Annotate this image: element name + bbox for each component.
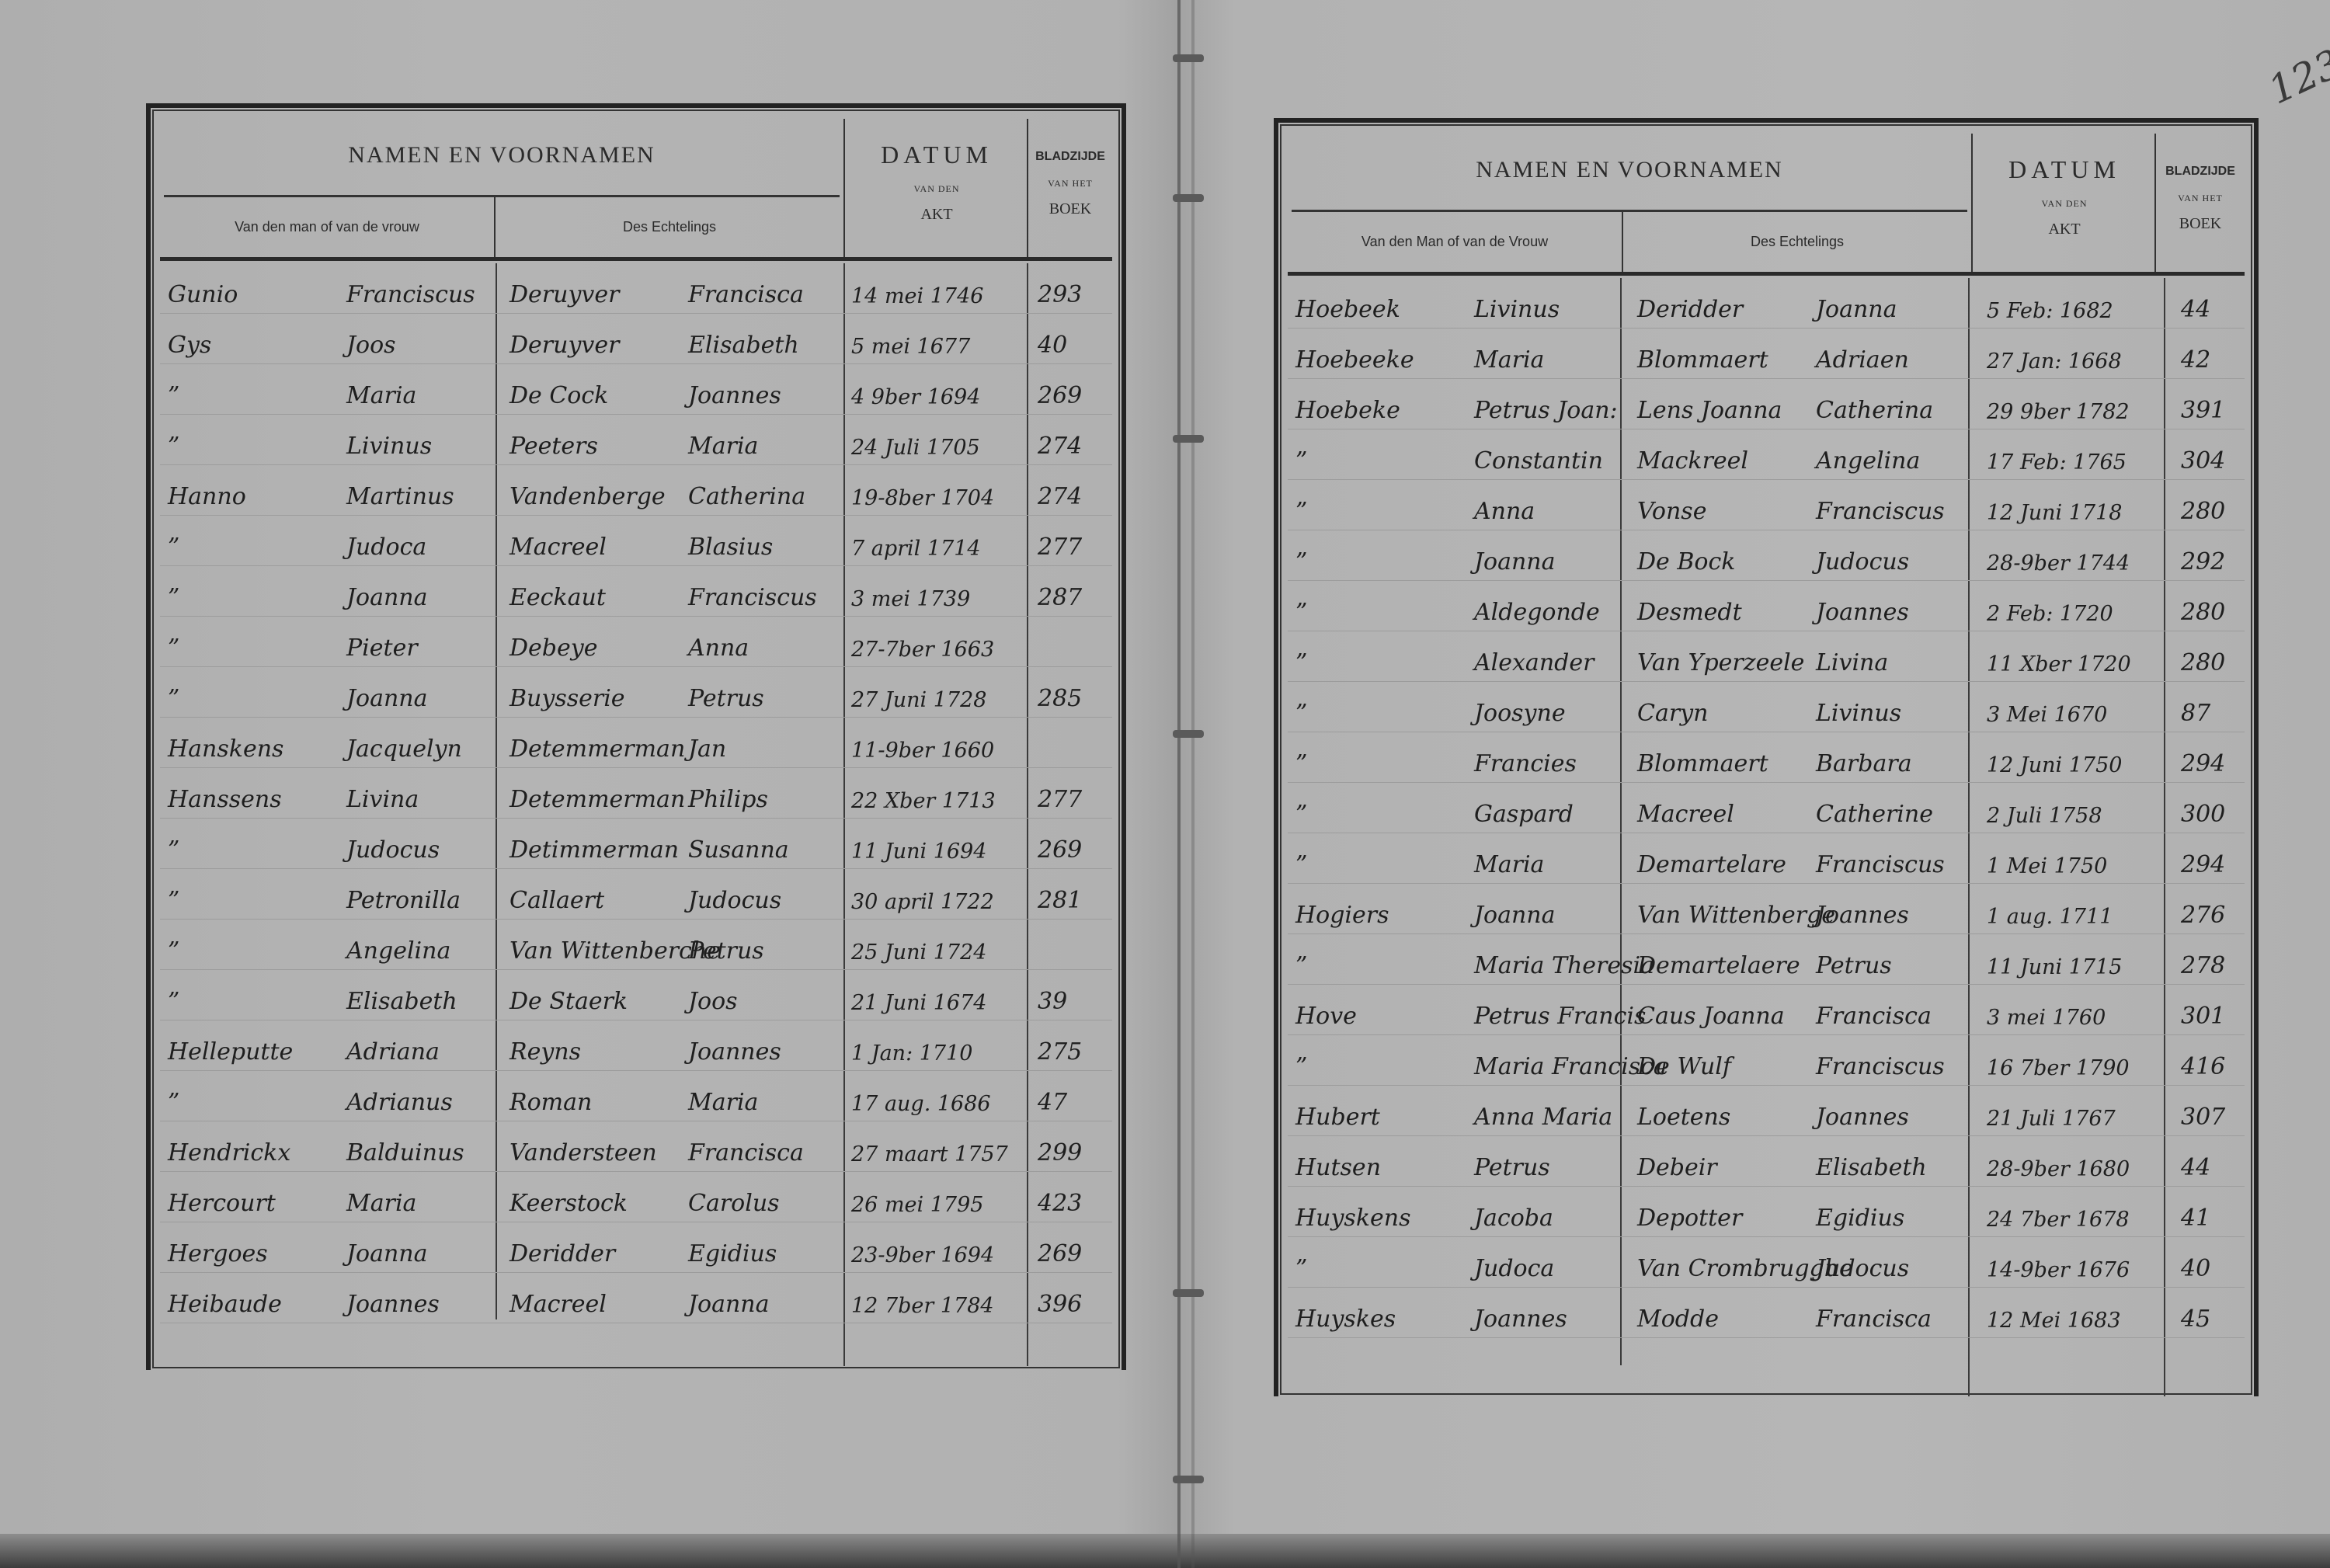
- date-cell: 11-9ber 1660: [851, 739, 994, 763]
- date-cell: 12 Juni 1750: [1987, 753, 2122, 777]
- spouse-surname-cell: Vandersteen: [509, 1139, 657, 1166]
- spouse-surname-cell: Detemmerman: [509, 735, 685, 763]
- surname-cell: ”: [168, 685, 179, 712]
- spouse-surname-cell: Deridder: [509, 1240, 615, 1267]
- given-name-cell: Alexander: [1474, 649, 1594, 676]
- page-cell: 301: [2181, 1003, 2225, 1030]
- given-name-cell: Elisabeth: [346, 988, 457, 1015]
- spouse-given-cell: Elisabeth: [1816, 1154, 1927, 1181]
- page-cell: 44: [2181, 1154, 2210, 1181]
- date-cell: 5 Feb: 1682: [1987, 299, 2113, 323]
- page-cell: 39: [1038, 988, 1067, 1015]
- spouse-given-cell: Carolus: [688, 1190, 780, 1217]
- date-cell: 21 Juni 1674: [851, 991, 986, 1015]
- surname-cell: Hubert: [1295, 1104, 1380, 1131]
- spouse-surname-cell: Peeters: [509, 433, 598, 460]
- table-row: HanssensLivinaDetemmermanPhilips22 Xber …: [160, 768, 1112, 819]
- page-cell: 269: [1038, 382, 1082, 409]
- page-cell: 299: [1038, 1139, 1082, 1166]
- page-cell: 40: [1038, 332, 1067, 359]
- spouse-given-cell: Franciscus: [1816, 851, 1945, 878]
- given-name-cell: Livinus: [346, 433, 432, 460]
- spouse-surname-cell: Macreel: [1637, 801, 1734, 828]
- spouse-given-cell: Adriaen: [1816, 346, 1909, 374]
- spouse-surname-cell: Demartelare: [1637, 851, 1786, 878]
- page-cell: 45: [2181, 1306, 2210, 1333]
- page-cell: 41: [2181, 1205, 2210, 1232]
- date-cell: 5 mei 1677: [851, 335, 970, 359]
- spouse-given-cell: Joannes: [688, 382, 781, 409]
- surname-cell: Huyskens: [1295, 1205, 1410, 1232]
- page-cell: 276: [2181, 902, 2225, 929]
- table-row: HergoesJoannaDeridderEgidius23-9ber 1694…: [160, 1222, 1112, 1273]
- surname-cell: ”: [1295, 801, 1307, 828]
- right-register-page: NAMEN EN VOORNAMEN Van den Man of van de…: [1274, 118, 2259, 1396]
- spouse-given-cell: Susanna: [688, 836, 789, 864]
- date-cell: 26 mei 1795: [851, 1193, 983, 1217]
- spouse-given-cell: Catherina: [688, 483, 805, 510]
- given-name-cell: Maria: [346, 382, 416, 409]
- table-row: HoebeekeMariaBlommaertAdriaen27 Jan: 166…: [1288, 329, 2245, 379]
- column-header-page: BLADZIJDE VAN HET BOEK: [1027, 119, 1112, 257]
- column-header-spouse1: Van den Man of van de Vrouw: [1288, 211, 1623, 272]
- table-row: ”JudocaMacreelBlasius7 april 1714277: [160, 516, 1112, 566]
- surname-cell: ”: [1295, 1053, 1307, 1080]
- surname-cell: ”: [168, 584, 179, 611]
- right-entries: HoebeekLivinusDeridderJoanna5 Feb: 16824…: [1288, 278, 2245, 1338]
- surname-cell: Hove: [1295, 1003, 1357, 1030]
- spouse-surname-cell: Reyns: [509, 1038, 581, 1066]
- names-title: NAMEN EN VOORNAMEN: [1288, 157, 1971, 183]
- surname-cell: Hoebeke: [1295, 397, 1400, 424]
- table-header: NAMEN EN VOORNAMEN Van den man of van de…: [160, 119, 1112, 261]
- page-cell: 294: [2181, 750, 2225, 777]
- surname-cell: ”: [168, 382, 179, 409]
- given-name-cell: Martinus: [346, 483, 454, 510]
- given-name-cell: Gaspard: [1474, 801, 1574, 828]
- column-header-spouse2: Des Echtelings: [496, 196, 843, 257]
- book-bottom-edge: [0, 1534, 2330, 1568]
- table-row: HanskensJacquelynDetemmermanJan11-9ber 1…: [160, 718, 1112, 768]
- spouse-surname-cell: Keerstock: [509, 1190, 628, 1217]
- date-cell: 12 7ber 1784: [851, 1294, 994, 1318]
- table-row: HutsenPetrusDebeirElisabeth28-9ber 16804…: [1288, 1136, 2245, 1187]
- table-row: ”AnnaVonseFranciscus12 Juni 1718280: [1288, 480, 2245, 530]
- spouse-surname-cell: De Cock: [509, 382, 608, 409]
- spouse-given-cell: Livina: [1816, 649, 1888, 676]
- left-entries: GunioFranciscusDeruyverFrancisca14 mei 1…: [160, 263, 1112, 1323]
- surname-cell: Hercourt: [168, 1190, 276, 1217]
- spouse-given-cell: Angelina: [1816, 447, 1920, 475]
- surname-cell: Hoebeeke: [1295, 346, 1414, 374]
- spouse-given-cell: Francisca: [688, 1139, 804, 1166]
- table-row: HannoMartinusVandenbergeCatherina19-8ber…: [160, 465, 1112, 516]
- table-row: ”ElisabethDe StaerkJoos21 Juni 167439: [160, 970, 1112, 1020]
- page-cell: 304: [2181, 447, 2225, 475]
- spouse-surname-cell: Detemmerman: [509, 786, 685, 813]
- table-row: HuyskensJacobaDepotterEgidius24 7ber 167…: [1288, 1187, 2245, 1237]
- date-cell: 27 maart 1757: [851, 1142, 1008, 1166]
- given-name-cell: Joanna: [1474, 902, 1556, 929]
- spouse-given-cell: Blasius: [688, 534, 773, 561]
- surname-cell: ”: [1295, 700, 1307, 727]
- spouse-given-cell: Anna: [688, 635, 749, 662]
- spouse-given-cell: Livinus: [1816, 700, 1901, 727]
- given-name-cell: Franciscus: [346, 281, 475, 308]
- spouse-given-cell: Maria: [688, 1089, 758, 1116]
- spouse-surname-cell: De Wulf: [1637, 1053, 1731, 1080]
- spouse-surname-cell: Caus Joanna: [1637, 1003, 1785, 1030]
- surname-cell: Heibaude: [168, 1291, 282, 1318]
- given-name-cell: Aldegonde: [1474, 599, 1600, 626]
- page-cell: 300: [2181, 801, 2225, 828]
- spouse-surname-cell: Deruyver: [509, 281, 619, 308]
- spouse-given-cell: Elisabeth: [688, 332, 799, 359]
- given-name-cell: Balduinus: [346, 1139, 464, 1166]
- spouse-given-cell: Maria: [688, 433, 758, 460]
- surname-cell: Hergoes: [168, 1240, 268, 1267]
- given-name-cell: Petrus: [1474, 1154, 1550, 1181]
- given-name-cell: Maria Theresia: [1474, 952, 1654, 979]
- spouse-surname-cell: Demartelaere: [1637, 952, 1800, 979]
- surname-cell: ”: [1295, 649, 1307, 676]
- surname-cell: Gys: [168, 332, 211, 359]
- spouse-given-cell: Joannes: [1816, 902, 1909, 929]
- given-name-cell: Adrianus: [346, 1089, 453, 1116]
- date-cell: 11 Xber 1720: [1987, 652, 2131, 676]
- page-cell: 269: [1038, 1240, 1082, 1267]
- surname-cell: Hogiers: [1295, 902, 1389, 929]
- given-name-cell: Jacoba: [1474, 1205, 1553, 1232]
- date-cell: 4 9ber 1694: [851, 385, 980, 409]
- table-row: ”AlexanderVan YperzeeleLivina11 Xber 172…: [1288, 631, 2245, 682]
- given-name-cell: Joanna: [346, 1240, 428, 1267]
- table-row: GunioFranciscusDeruyverFrancisca14 mei 1…: [160, 263, 1112, 314]
- page-cell: 280: [2181, 599, 2225, 626]
- spouse-surname-cell: Vandenberge: [509, 483, 666, 510]
- table-row: HeibaudeJoannesMacreelJoanna12 7ber 1784…: [160, 1273, 1112, 1323]
- column-header-date: DATUM VAN DEN AKT: [1971, 134, 2156, 272]
- date-cell: 1 Jan: 1710: [851, 1041, 972, 1066]
- spouse-given-cell: Catherina: [1816, 397, 1933, 424]
- column-header-spouse2: Des Echtelings: [1623, 211, 1971, 272]
- page-cell: 280: [2181, 649, 2225, 676]
- spouse-surname-cell: Eeckaut: [509, 584, 606, 611]
- table-row: ”JoannaDe BockJudocus28-9ber 1744292: [1288, 530, 2245, 581]
- spouse-given-cell: Barbara: [1816, 750, 1912, 777]
- surname-cell: ”: [1295, 952, 1307, 979]
- surname-cell: Hendrickx: [168, 1139, 290, 1166]
- spouse-surname-cell: De Staerk: [509, 988, 628, 1015]
- spouse-surname-cell: Depotter: [1637, 1205, 1742, 1232]
- spouse-surname-cell: Roman: [509, 1089, 592, 1116]
- given-name-cell: Petrus Francis: [1474, 1003, 1646, 1030]
- date-cell: 27 Jan: 1668: [1987, 349, 2122, 374]
- book-spine: [1173, 0, 1204, 1568]
- date-cell: 7 april 1714: [851, 537, 981, 561]
- date-cell: 2 Juli 1758: [1987, 804, 2102, 828]
- table-row: ”JoannaEeckautFranciscus3 mei 1739287: [160, 566, 1112, 617]
- table-row: ”JudocaVan CrombruggheJudocus14-9ber 167…: [1288, 1237, 2245, 1288]
- given-name-cell: Anna: [1474, 498, 1535, 525]
- date-cell: 14-9ber 1676: [1987, 1258, 2130, 1282]
- spouse-given-cell: Petrus: [1816, 952, 1892, 979]
- given-name-cell: Joannes: [1474, 1306, 1567, 1333]
- given-name-cell: Maria: [1474, 346, 1544, 374]
- spouse-given-cell: Joanna: [1816, 296, 1897, 323]
- page-cell: 307: [2181, 1104, 2225, 1131]
- date-cell: 11 Juni 1694: [851, 840, 986, 864]
- table-row: ”GaspardMacreelCatherine2 Juli 1758300: [1288, 783, 2245, 833]
- table-row: ”AdrianusRomanMaria17 aug. 168647: [160, 1071, 1112, 1121]
- table-row: HercourtMariaKeerstockCarolus26 mei 1795…: [160, 1172, 1112, 1222]
- table-row: ”JoannaBuysseriePetrus27 Juni 1728285: [160, 667, 1112, 718]
- given-name-cell: Joos: [346, 332, 396, 359]
- spouse-given-cell: Joannes: [1816, 599, 1909, 626]
- date-cell: 3 Mei 1670: [1987, 703, 2107, 727]
- date-cell: 12 Juni 1718: [1987, 501, 2122, 525]
- date-cell: 19-8ber 1704: [851, 486, 994, 510]
- spouse-surname-cell: Modde: [1637, 1306, 1719, 1333]
- date-cell: 25 Juni 1724: [851, 940, 986, 965]
- table-row: HelleputteAdrianaReynsJoannes1 Jan: 1710…: [160, 1020, 1112, 1071]
- spouse-given-cell: Joos: [688, 988, 738, 1015]
- spouse-surname-cell: Blommaert: [1637, 346, 1768, 374]
- column-header-spouse1: Van den man of van de vrouw: [160, 196, 496, 257]
- table-row: ”AngelinaVan WittenberchePetrus25 Juni 1…: [160, 920, 1112, 970]
- given-name-cell: Maria: [1474, 851, 1544, 878]
- given-name-cell: Angelina: [346, 937, 450, 965]
- given-name-cell: Pieter: [346, 635, 418, 662]
- surname-cell: Hanskens: [168, 735, 283, 763]
- surname-cell: ”: [168, 534, 179, 561]
- date-cell: 17 Feb: 1765: [1987, 450, 2127, 475]
- given-name-cell: Petronilla: [346, 887, 461, 914]
- spouse-surname-cell: Detimmerman: [509, 836, 679, 864]
- spouse-surname-cell: Debeye: [509, 635, 597, 662]
- spouse-surname-cell: Loetens: [1637, 1104, 1730, 1131]
- given-name-cell: Jacquelyn: [346, 735, 462, 763]
- date-cell: 28-9ber 1744: [1987, 551, 2130, 575]
- surname-cell: Gunio: [168, 281, 238, 308]
- table-row: HubertAnna MariaLoetensJoannes21 Juli 17…: [1288, 1086, 2245, 1136]
- page-cell: 275: [1038, 1038, 1082, 1066]
- page-cell: 47: [1038, 1089, 1067, 1116]
- date-cell: 14 mei 1746: [851, 284, 983, 308]
- spouse-given-cell: Jan: [688, 735, 726, 763]
- surname-cell: Hutsen: [1295, 1154, 1381, 1181]
- spouse-given-cell: Egidius: [1816, 1205, 1904, 1232]
- spouse-given-cell: Joanna: [688, 1291, 770, 1318]
- spouse-given-cell: Francisca: [1816, 1003, 1932, 1030]
- table-row: ”JudocusDetimmermanSusanna11 Juni 169426…: [160, 819, 1112, 869]
- table-row: ”PieterDebeyeAnna27-7ber 1663: [160, 617, 1112, 667]
- page-cell: 396: [1038, 1291, 1082, 1318]
- date-cell: 16 7ber 1790: [1987, 1056, 2130, 1080]
- page-cell: 274: [1038, 433, 1082, 460]
- spouse-surname-cell: Caryn: [1637, 700, 1708, 727]
- surname-cell: ”: [1295, 447, 1307, 475]
- surname-cell: Helleputte: [168, 1038, 293, 1066]
- left-register-page: NAMEN EN VOORNAMEN Van den man of van de…: [146, 103, 1126, 1370]
- spouse-given-cell: Joannes: [1816, 1104, 1909, 1131]
- table-row: ”LivinusPeetersMaria24 Juli 1705274: [160, 415, 1112, 465]
- given-name-cell: Joosyne: [1474, 700, 1566, 727]
- table-header: NAMEN EN VOORNAMEN Van den Man of van de…: [1288, 134, 2245, 276]
- date-cell: 1 Mei 1750: [1987, 854, 2107, 878]
- date-cell: 3 mei 1739: [851, 587, 970, 611]
- page-cell: 292: [2181, 548, 2225, 575]
- spouse-surname-cell: Deridder: [1637, 296, 1743, 323]
- surname-cell: Hoebeek: [1295, 296, 1400, 323]
- given-name-cell: Joanna: [1474, 548, 1556, 575]
- spouse-surname-cell: Desmedt: [1637, 599, 1742, 626]
- spouse-surname-cell: Macreel: [509, 534, 607, 561]
- page-cell: 277: [1038, 534, 1082, 561]
- page-cell: 391: [2181, 397, 2225, 424]
- spouse-given-cell: Franciscus: [1816, 498, 1945, 525]
- surname-cell: ”: [168, 887, 179, 914]
- page-cell: 269: [1038, 836, 1082, 864]
- date-cell: 1 aug. 1711: [1987, 905, 2113, 929]
- spouse-given-cell: Judocus: [1816, 1255, 1909, 1282]
- spouse-surname-cell: Blommaert: [1637, 750, 1768, 777]
- given-name-cell: Maria: [346, 1190, 416, 1217]
- surname-cell: ”: [1295, 1255, 1307, 1282]
- page-cell: 416: [2181, 1053, 2225, 1080]
- date-cell: 17 aug. 1686: [851, 1092, 991, 1116]
- surname-cell: ”: [1295, 599, 1307, 626]
- page-cell: 423: [1038, 1190, 1082, 1217]
- date-cell: 22 Xber 1713: [851, 789, 996, 813]
- given-name-cell: Judoca: [346, 534, 426, 561]
- given-name-cell: Anna Maria: [1474, 1104, 1612, 1131]
- spouse-given-cell: Petrus: [688, 937, 764, 965]
- given-name-cell: Joannes: [346, 1291, 440, 1318]
- table-row: HovePetrus FrancisCaus JoannaFrancisca3 …: [1288, 985, 2245, 1035]
- date-cell: 11 Juni 1715: [1987, 955, 2122, 979]
- date-cell: 3 mei 1760: [1987, 1006, 2106, 1030]
- date-cell: 30 april 1722: [851, 890, 994, 914]
- page-cell: 285: [1038, 685, 1082, 712]
- spouse-given-cell: Catherine: [1816, 801, 1933, 828]
- surname-cell: ”: [1295, 548, 1307, 575]
- surname-cell: ”: [168, 1089, 179, 1116]
- spouse-surname-cell: Lens Joanna: [1637, 397, 1782, 424]
- spouse-given-cell: Franciscus: [688, 584, 817, 611]
- surname-cell: Hanno: [168, 483, 246, 510]
- table-row: ”ConstantinMackreelAngelina17 Feb: 17653…: [1288, 429, 2245, 480]
- date-cell: 21 Juli 1767: [1987, 1107, 2116, 1131]
- given-name-cell: Judocus: [346, 836, 440, 864]
- table-row: ”MariaDe CockJoannes4 9ber 1694269: [160, 364, 1112, 415]
- surname-cell: Huyskes: [1295, 1306, 1396, 1333]
- table-row: ”Maria FranciscaDe WulfFranciscus16 7ber…: [1288, 1035, 2245, 1086]
- spouse-surname-cell: De Bock: [1637, 548, 1735, 575]
- given-name-cell: Joanna: [346, 685, 428, 712]
- page-cell: 40: [2181, 1255, 2210, 1282]
- column-header-page: BLADZIJDE VAN HET BOEK: [2154, 134, 2245, 272]
- given-name-cell: Livina: [346, 786, 419, 813]
- page-cell: 281: [1038, 887, 1082, 914]
- spouse-given-cell: Joannes: [688, 1038, 781, 1066]
- surname-cell: Hanssens: [168, 786, 282, 813]
- surname-cell: ”: [168, 836, 179, 864]
- table-row: HoebekePetrus Joan:Lens JoannaCatherina2…: [1288, 379, 2245, 429]
- surname-cell: ”: [168, 988, 179, 1015]
- page-cell: 44: [2181, 296, 2210, 323]
- spouse-surname-cell: Callaert: [509, 887, 604, 914]
- date-cell: 27-7ber 1663: [851, 638, 994, 662]
- spouse-surname-cell: Deruyver: [509, 332, 619, 359]
- given-name-cell: Adriana: [346, 1038, 440, 1066]
- table-row: ”PetronillaCallaertJudocus30 april 17222…: [160, 869, 1112, 920]
- given-name-cell: Livinus: [1474, 296, 1560, 323]
- spouse-surname-cell: Buysserie: [509, 685, 625, 712]
- page-cell: 280: [2181, 498, 2225, 525]
- surname-cell: ”: [1295, 750, 1307, 777]
- names-title: NAMEN EN VOORNAMEN: [160, 142, 843, 169]
- surname-cell: ”: [168, 635, 179, 662]
- spouse-given-cell: Philips: [688, 786, 768, 813]
- table-row: ”MariaDemartelareFranciscus1 Mei 1750294: [1288, 833, 2245, 884]
- spouse-given-cell: Egidius: [688, 1240, 777, 1267]
- page-cell: 294: [2181, 851, 2225, 878]
- table-row: HendrickxBalduinusVandersteenFrancisca27…: [160, 1121, 1112, 1172]
- spouse-given-cell: Francisca: [1816, 1306, 1932, 1333]
- date-cell: 2 Feb: 1720: [1987, 602, 2113, 626]
- date-cell: 28-9ber 1680: [1987, 1157, 2130, 1181]
- page-cell: 277: [1038, 786, 1082, 813]
- spouse-surname-cell: Van Yperzeele: [1637, 649, 1804, 676]
- surname-cell: ”: [168, 937, 179, 965]
- given-name-cell: Constantin: [1474, 447, 1603, 475]
- given-name-cell: Francies: [1474, 750, 1577, 777]
- spouse-given-cell: Francisca: [688, 281, 804, 308]
- spouse-given-cell: Judocus: [1816, 548, 1909, 575]
- page-cell: 278: [2181, 952, 2225, 979]
- table-row: ”AldegondeDesmedtJoannes2 Feb: 1720280: [1288, 581, 2245, 631]
- table-row: GysJoosDeruyverElisabeth5 mei 167740: [160, 314, 1112, 364]
- spouse-surname-cell: Debeir: [1637, 1154, 1717, 1181]
- date-cell: 23-9ber 1694: [851, 1243, 994, 1267]
- table-row: ”JoosyneCarynLivinus3 Mei 167087: [1288, 682, 2245, 732]
- page-cell: 87: [2181, 700, 2210, 727]
- table-row: ”Maria TheresiaDemartelaerePetrus11 Juni…: [1288, 934, 2245, 985]
- date-cell: 12 Mei 1683: [1987, 1309, 2121, 1333]
- date-cell: 27 Juni 1728: [851, 688, 986, 712]
- spouse-surname-cell: Van Wittenberge: [1637, 902, 1835, 929]
- page-cell: 274: [1038, 483, 1082, 510]
- table-row: HoebeekLivinusDeridderJoanna5 Feb: 16824…: [1288, 278, 2245, 329]
- column-header-date: DATUM VAN DEN AKT: [843, 119, 1028, 257]
- table-row: HogiersJoannaVan WittenbergeJoannes1 aug…: [1288, 884, 2245, 934]
- given-name-cell: Petrus Joan:: [1474, 397, 1618, 424]
- spouse-surname-cell: Mackreel: [1637, 447, 1748, 475]
- given-name-cell: Judoca: [1474, 1255, 1554, 1282]
- table-row: ”FranciesBlommaertBarbara12 Juni 1750294: [1288, 732, 2245, 783]
- given-name-cell: Joanna: [346, 584, 428, 611]
- date-cell: 24 7ber 1678: [1987, 1208, 2130, 1232]
- surname-cell: ”: [1295, 498, 1307, 525]
- spouse-given-cell: Petrus: [688, 685, 764, 712]
- date-cell: 29 9ber 1782: [1987, 400, 2130, 424]
- page-cell: 287: [1038, 584, 1082, 611]
- spouse-given-cell: Franciscus: [1816, 1053, 1945, 1080]
- spouse-surname-cell: Vonse: [1637, 498, 1706, 525]
- page-cell: 42: [2181, 346, 2210, 374]
- surname-cell: ”: [168, 433, 179, 460]
